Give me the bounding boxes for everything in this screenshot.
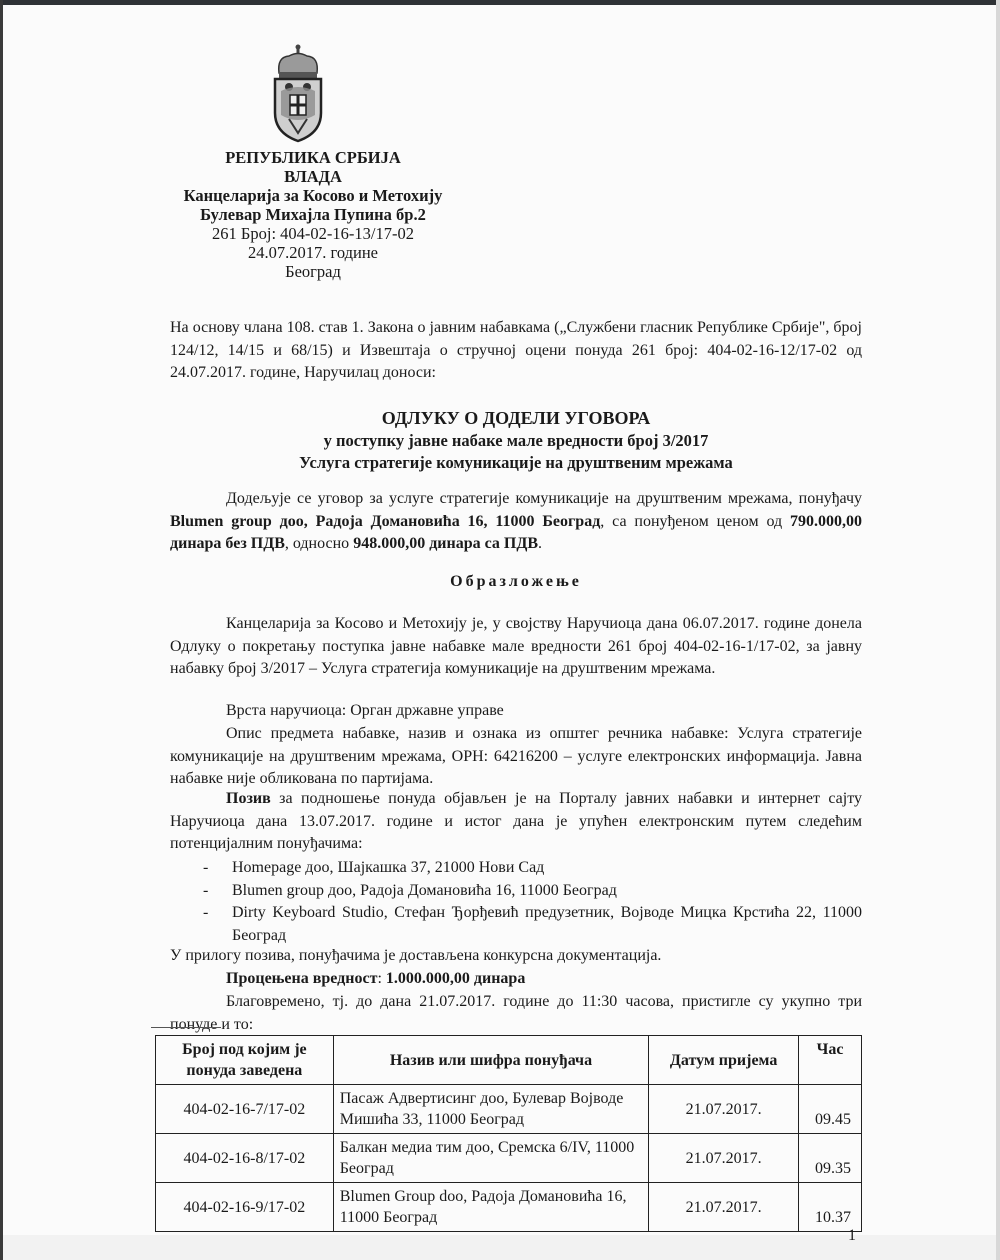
offer-bidder: Пасаж Адвертисинг доо, Булевар Војводе М… <box>333 1085 648 1134</box>
letterhead-address: Булевар Михајла Пупина бр.2 <box>143 205 483 224</box>
letterhead-country: РЕПУБЛИКА СРБИЈА <box>143 148 483 167</box>
offer-time: 10.37 <box>799 1183 862 1232</box>
intro-paragraph: На основу члана 108. став 1. Закона о ја… <box>170 317 862 385</box>
estimated-value: Процењена вредност: 1.000.000,00 динара <box>170 968 862 991</box>
column-header-received-date: Датум пријема <box>649 1036 799 1085</box>
invitation-paragraph: Позив за подношење понуда објављен је на… <box>170 788 862 856</box>
page-number: 1 <box>848 1227 856 1245</box>
pen-underline-mark <box>151 1027 221 1028</box>
price-with-vat: 948.000,00 динара са ПДВ <box>353 535 538 552</box>
received-offers-paragraph: Благовремено, тј. до дана 21.07.2017. го… <box>170 991 862 1036</box>
reasoning-heading: Образложење <box>170 571 862 594</box>
offer-number: 404-02-16-9/17-02 <box>156 1183 334 1232</box>
procurement-subject-paragraph: Опис предмета набавке, назив и ознака из… <box>170 723 862 791</box>
offer-date: 21.07.2017. <box>649 1183 799 1232</box>
letterhead-government: ВЛАДА <box>143 167 483 186</box>
offer-date: 21.07.2017. <box>649 1085 799 1134</box>
award-paragraph: Додељује се уговор за услуге стратегије … <box>170 488 862 556</box>
serbian-coat-of-arms-icon <box>269 43 327 143</box>
letterhead: РЕПУБЛИКА СРБИЈА ВЛАДА Канцеларија за Ко… <box>143 148 483 281</box>
letterhead-city: Београд <box>143 262 483 281</box>
letterhead-date: 24.07.2017. године <box>143 243 483 262</box>
list-item: -Blumen group доо, Радоја Домановића 16,… <box>170 880 862 903</box>
table-row: 404-02-16-7/17-02 Пасаж Адвертисинг доо,… <box>156 1085 862 1134</box>
offer-bidder: Blumen Group doo, Радоја Домановића 16, … <box>333 1183 648 1232</box>
reasoning-paragraph-1: Канцеларија за Косово и Метохију је, у с… <box>170 613 862 681</box>
invited-bidders-list: -Homepage доо, Шајкашка 37, 21000 Нови С… <box>170 857 862 947</box>
offer-bidder: Балкан медиа тим доо, Сремска 6/IV, 1100… <box>333 1134 648 1183</box>
table-header-row: Број под којим је понуда заведена Назив … <box>156 1036 862 1085</box>
decision-title-procedure: у поступку јавне набаке мале вредности б… <box>170 430 862 453</box>
decision-title-main: ОДЛУКУ О ДОДЕЛИ УГОВОРА <box>170 407 862 430</box>
column-header-bidder: Назив или шифра понуђача <box>333 1036 648 1085</box>
offers-table: Број под којим је понуда заведена Назив … <box>155 1035 862 1232</box>
letterhead-reference-number: 261 Број: 404-02-16-13/17-02 <box>143 224 483 243</box>
list-item: -Homepage доо, Шајкашка 37, 21000 Нови С… <box>170 857 862 880</box>
table-row: 404-02-16-8/17-02 Балкан медиа тим доо, … <box>156 1134 862 1183</box>
documentation-paragraph: У прилогу позива, понуђачима је доставље… <box>170 945 862 968</box>
offer-time: 09.45 <box>799 1085 862 1134</box>
offer-date: 21.07.2017. <box>649 1134 799 1183</box>
table-row: 404-02-16-9/17-02 Blumen Group doo, Радо… <box>156 1183 862 1232</box>
contracting-authority-type: Врста наручиоца: Орган државне управе <box>170 700 862 723</box>
offer-time: 09.35 <box>799 1134 862 1183</box>
scan-right-edge <box>996 0 1000 1260</box>
letterhead-office: Канцеларија за Косово и Метохију <box>143 186 483 205</box>
column-header-time: Час <box>799 1036 862 1085</box>
offer-number: 404-02-16-8/17-02 <box>156 1134 334 1183</box>
decision-title-subject: Услуга стратегије комуникације на друштв… <box>170 452 862 475</box>
offer-number: 404-02-16-7/17-02 <box>156 1085 334 1134</box>
list-item: -Dirty Keyboard Studio, Стефан Ђорђевић … <box>170 902 862 947</box>
column-header-offer-number: Број под којим је понуда заведена <box>156 1036 334 1085</box>
document-page: РЕПУБЛИКА СРБИЈА ВЛАДА Канцеларија за Ко… <box>3 5 996 1235</box>
decision-title: ОДЛУКУ О ДОДЕЛИ УГОВОРА у поступку јавне… <box>170 407 862 475</box>
awarded-bidder: Blumen group доо, Радоја Домановића 16, … <box>170 513 600 530</box>
